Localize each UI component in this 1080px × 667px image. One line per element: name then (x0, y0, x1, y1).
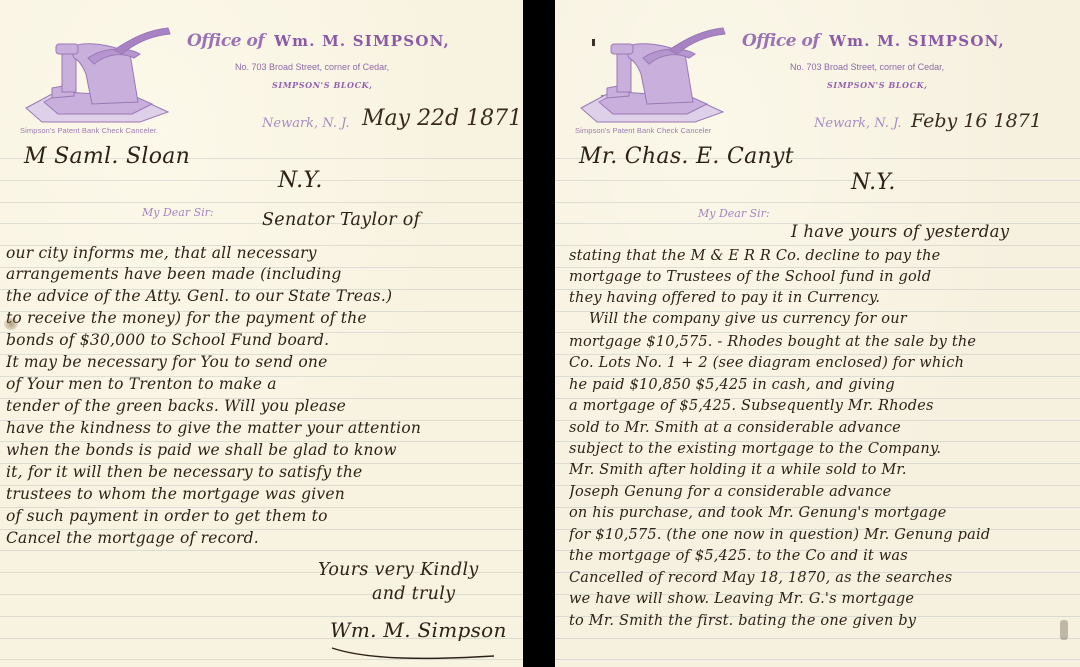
body-line: the mortgage of $5,425. to the Co and it… (569, 548, 1074, 564)
letterhead-block-name: SIMPSON'S BLOCK, (272, 80, 373, 90)
ruled-line (555, 180, 1080, 181)
office-of-label: Office of (187, 31, 264, 51)
body-line: of Your men to Trenton to make a (6, 375, 517, 393)
letterhead-title: Office of Wm. M. SIMPSON, (742, 31, 1005, 51)
closing-line: and truly (372, 584, 455, 604)
addressee-name: Mr. Chas. E. Canyt (579, 144, 794, 169)
body-line: bonds of $30,000 to School Fund board. (6, 331, 517, 349)
body-line: to receive the money) for the payment of… (6, 309, 517, 327)
body-line: Will the company give us currency for ou… (589, 311, 1074, 327)
body-line: Mr. Smith after holding it a while sold … (569, 462, 1074, 478)
ruled-line (0, 550, 523, 551)
ruled-line (555, 202, 1080, 203)
letterhead-address: No. 703 Broad Street, corner of Cedar, (235, 62, 389, 72)
signature-flourish-icon (328, 642, 498, 662)
letter-page-may-1871: Simpson's Patent Bank Check Canceler. Of… (0, 0, 523, 667)
body-line: arrangements have been made (including (6, 265, 517, 283)
body-line: when the bonds is paid we shall be glad … (6, 441, 517, 459)
body-line: I have yours of yesterday (791, 222, 1009, 241)
page-divider (523, 0, 555, 667)
ruled-line (0, 180, 523, 181)
body-line: on his purchase, and took Mr. Genung's m… (569, 505, 1074, 521)
body-line: we have will show. Leaving Mr. G.'s mort… (569, 591, 1074, 607)
body-line: mortgage to Trustees of the School fund … (569, 269, 1074, 285)
body-line: Cancel the mortgage of record. (6, 529, 517, 547)
check-canceler-engraving-icon (22, 24, 172, 124)
body-line: It may be necessary for You to send one (6, 353, 517, 371)
letters-scan: Simpson's Patent Bank Check Canceler. Of… (0, 0, 1080, 667)
body-line: mortgage $10,575. - Rhodes bought at the… (569, 334, 1074, 350)
salutation: My Dear Sir: (142, 206, 214, 219)
body-line: Senator Taylor of (262, 210, 420, 230)
ruled-line (555, 638, 1080, 639)
body-line: a mortgage of $5,425. Subsequently Mr. R… (569, 398, 1074, 414)
ink-smudge (4, 318, 18, 330)
ruled-line (0, 616, 523, 617)
dateline-place: Newark, N. J. (262, 116, 349, 131)
body-line: it, for it will then be necessary to sat… (6, 463, 517, 481)
body-line: have the kindness to give the matter you… (6, 419, 517, 437)
ruled-line (555, 267, 1080, 268)
body-line: Co. Lots No. 1 + 2 (see diagram enclosed… (569, 355, 1074, 371)
addressee-city: N.Y. (278, 168, 323, 193)
ruled-line (0, 202, 523, 203)
body-line: Joseph Genung for a considerable advance (569, 484, 1074, 500)
body-line: Cancelled of record May 18, 1870, as the… (569, 570, 1074, 586)
addressee-city: N.Y. (851, 170, 896, 195)
firm-name: Wm. M. SIMPSON, (829, 32, 1005, 50)
body-line: subject to the existing mortgage to the … (569, 441, 1074, 457)
body-line: he paid $10,850 $5,425 in cash, and givi… (569, 377, 1074, 393)
machine-caption: Simpson's Patent Bank Check Canceler. (20, 126, 180, 135)
ruled-line (555, 245, 1080, 246)
body-line: for $10,575. (the one now in question) M… (569, 527, 1074, 543)
dateline-date: Feby 16 1871 (911, 110, 1042, 132)
ink-smudge (1060, 620, 1068, 640)
machine-caption: Simpson's Patent Bank Check Canceler (575, 126, 735, 135)
body-line: of such payment in order to get them to (6, 507, 517, 525)
body-line: the advice of the Atty. Genl. to our Sta… (6, 287, 517, 305)
body-line: to Mr. Smith the first. bating the one g… (569, 613, 1074, 629)
body-line: they having offered to pay it in Currenc… (569, 290, 1074, 306)
addressee-name: M Saml. Sloan (24, 144, 190, 169)
body-line: sold to Mr. Smith at a considerable adva… (569, 420, 1074, 436)
check-canceler-engraving-icon (577, 24, 727, 124)
body-line: tender of the green backs. Will you plea… (6, 397, 517, 415)
body-line: our city informs me, that all necessary (6, 244, 517, 262)
closing-line: Yours very Kindly (318, 560, 479, 580)
letter-page-feb-1871: Simpson's Patent Bank Check Canceler Off… (555, 0, 1080, 667)
body-line: stating that the M & E R R Co. decline t… (569, 248, 1074, 264)
dateline-date: May 22d 1871 (362, 106, 522, 131)
ruled-line (555, 659, 1080, 660)
signature: Wm. M. Simpson (330, 618, 507, 642)
office-of-label: Office of (742, 31, 819, 51)
dateline-place: Newark, N. J. (814, 116, 901, 131)
salutation: My Dear Sir: (698, 207, 770, 220)
firm-name: Wm. M. SIMPSON, (274, 32, 450, 50)
letterhead-address: No. 703 Broad Street, corner of Cedar, (790, 62, 944, 72)
letterhead-title: Office of Wm. M. SIMPSON, (187, 31, 450, 51)
body-line: trustees to whom the mortgage was given (6, 485, 517, 503)
letterhead-block-name: SIMPSON'S BLOCK, (827, 80, 928, 90)
